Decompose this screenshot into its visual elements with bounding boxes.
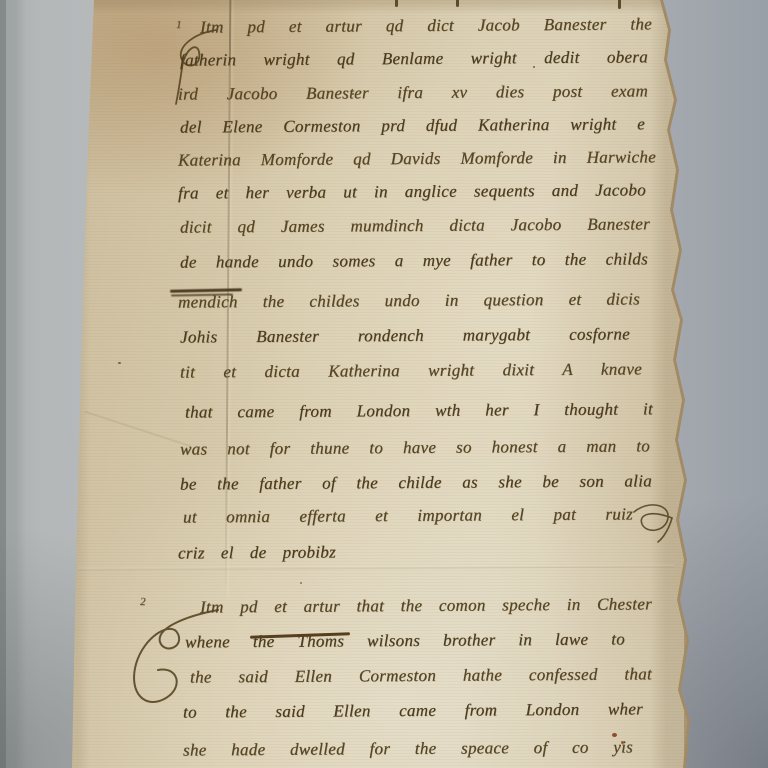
manuscript-line: fra et her verba ut in anglice sequents … [178,181,646,201]
manuscript-line: Katerina Momforde qd Davids Momforde in … [178,148,656,168]
initial-flourish-icon [126,602,226,714]
manuscript-line: to the said Ellen came from London wher [183,700,643,720]
ink-stroke-remnant [456,0,459,7]
ink-stroke-remnant [395,0,398,7]
manuscript-line: was not for thune to have so honest a ma… [180,437,650,457]
manuscript-line: criz el de probibz [178,543,336,561]
manuscript-line: the said Ellen Cormeston hathe confessed… [190,665,652,685]
ink-stroke-remnant [618,0,621,9]
manuscript-line: be the father of the childe as she be so… [180,472,652,492]
manuscript-line: ird Jacobo Banester ifra xv dies post ex… [178,82,648,102]
rust-stain [612,733,617,737]
ink-speck [533,66,535,68]
manuscript-line: Johis Banester rondench marygabt cosforn… [180,325,630,345]
manuscript-line: she hade dwelled for the speace of co yi… [183,738,633,758]
manuscript-line: tit et dicta Katherina wright dixit A kn… [180,360,642,380]
ink-speck [300,582,302,584]
manuscript-photo: 1 Itm pd et artur qd dict Jacob Banester… [0,0,768,768]
manuscript-line: de hande undo somes a mye father to the … [180,250,648,270]
manuscript-line: Itm pd et artur qd dict Jacob Banester t… [200,15,652,35]
manuscript-line: mendich the childes undo in question et … [178,290,640,310]
manuscript-line: Itm pd et artur that the comon speche in… [200,595,652,615]
manuscript-line: that came from London wth her I thought … [185,400,653,420]
manuscript-line: ut omnia efferta et importan el pat ruiz [183,505,633,525]
ink-speck [352,93,354,95]
ink-speck [118,362,121,364]
manuscript-line: whene the Thoms wilsons brother in lawe … [185,630,625,650]
line-end-flourish-icon [628,498,676,544]
manuscript-line: dicit qd James mumdinch dicta Jacobo Ban… [180,215,650,235]
manuscript-line: del Elene Cormeston prd dfud Katherina w… [180,115,645,135]
manuscript-line: fatherin wright qd Benlame wright dedit … [180,48,648,68]
rust-stain [621,741,624,744]
